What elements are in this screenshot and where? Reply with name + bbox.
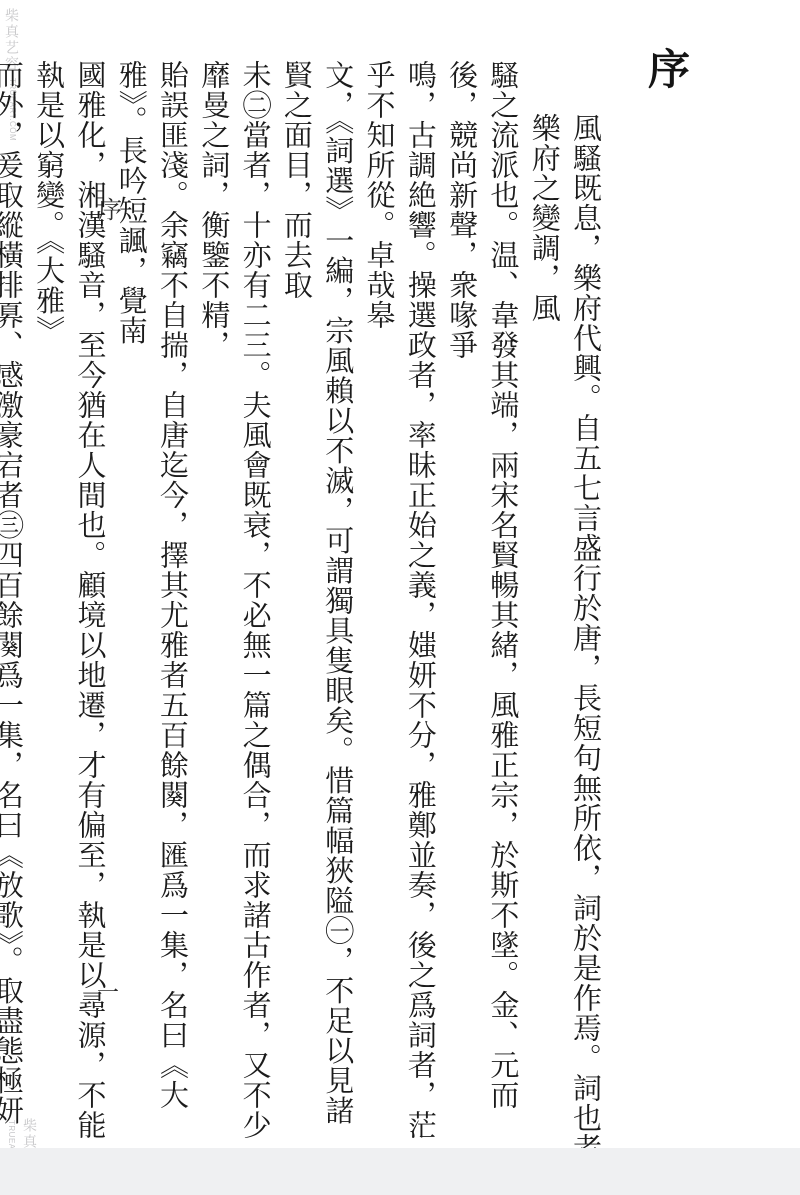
text-column: 國雅化，湘漢騷音，至今猶在人間也。顧境以地遷，才有偏至，執是以尋源，不能執是以窮… (27, 60, 110, 1148)
page-title: 序 (648, 50, 690, 92)
text-column: 騷之流派也。温、韋發其端，兩宋名賢暢其緒，風雅正宗，於斯不墜。金、元而後，競尚新… (440, 60, 523, 1148)
book-page: 柴真艺容 TRUEART.COM 序 序 一 風騷既息，樂府代興。自五七言盛行於… (0, 0, 800, 1195)
text-column: 而外，爰取縱橫排奡、感激豪宕者㊂四百餘闋爲一集，名曰《放歌》。取盡態極妍㊃、哀感… (0, 60, 27, 1148)
text-column: 鳴，古調絶響。操選政者，率昧正始之義，媸妍不分，雅鄭並奏，後之爲詞者，茫乎不知所… (357, 60, 440, 1148)
preface-text-block: 風騷既息，樂府代興。自五七言盛行於唐，長短句無所依，詞於是作焉。詞也者，樂府之變… (150, 60, 605, 1148)
text-column: 貽誤匪淺。余竊不自揣，自唐迄今，擇其尤雅者五百餘闋，匯爲一集，名曰《大雅》。長吟… (109, 60, 192, 1148)
text-column: 文，《詞選》一編，宗風賴以不滅，可謂獨具隻眼矣。惜篇幅狹隘㊀，不足以見諸賢之面目… (275, 60, 358, 1148)
text-column: 風騷既息，樂府代興。自五七言盛行於唐，長短句無所依，詞於是作焉。詞也者，樂府之變… (522, 60, 605, 1195)
scan-edge-strip (0, 1148, 800, 1195)
text-column: 未㊁當者，十亦有二三。夫風會既衰，不必無一篇之偶合，而求諸古作者，又不少靡曼之詞… (192, 60, 275, 1148)
